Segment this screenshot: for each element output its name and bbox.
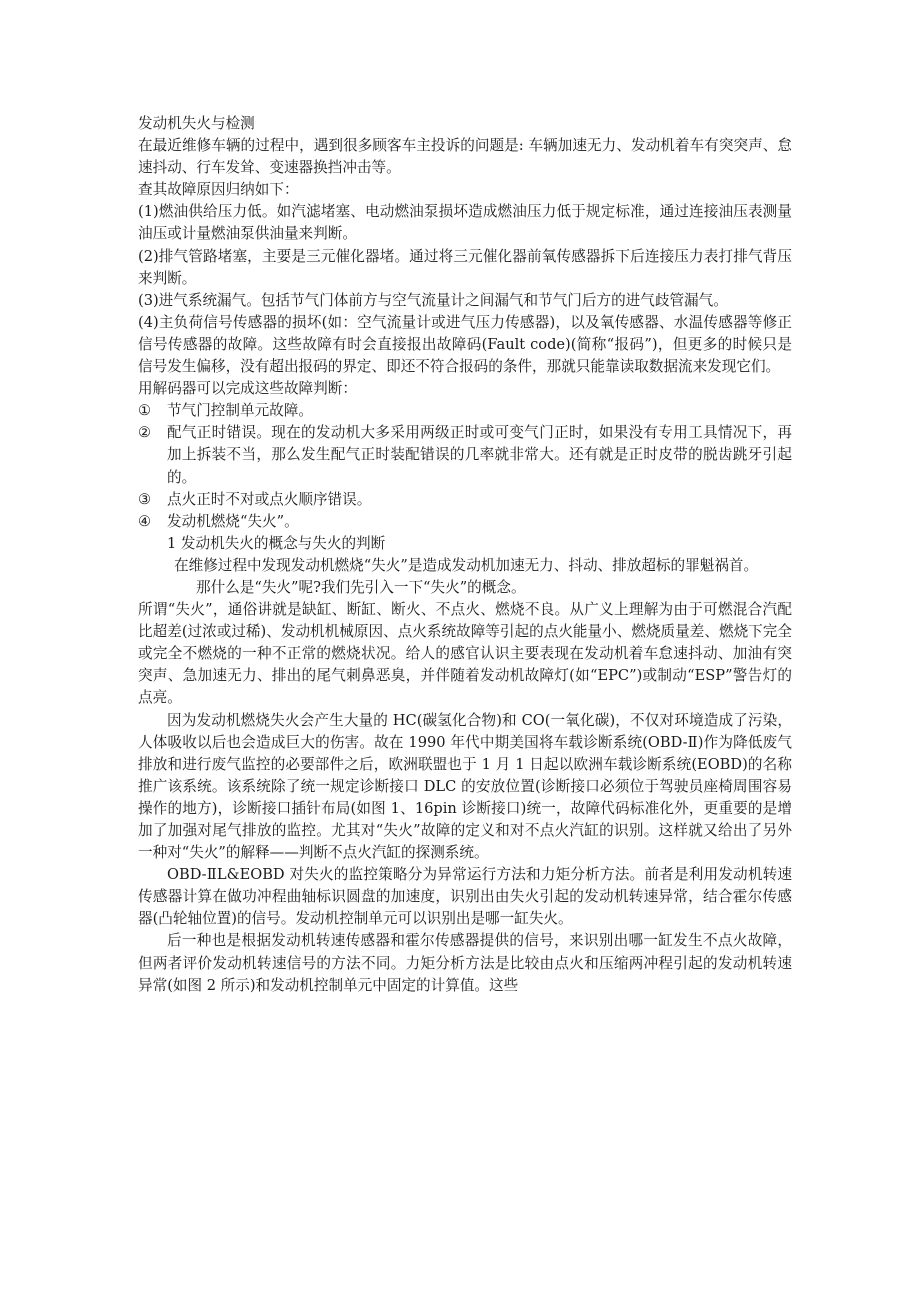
intro-paragraph: 在最近维修车辆的过程中，遇到很多顾客车主投诉的问题是: 车辆加速无力、发动机着车… xyxy=(138,135,792,179)
cause-item-4: (4)主负荷信号传感器的损坏(如：空气流量计或进气压力传感器)，以及氧传感器、水… xyxy=(138,312,792,378)
section-1-heading: 1 发动机失火的概念与失火的判断 xyxy=(138,533,792,555)
cause-item-2: (2)排气管路堵塞，主要是三元催化器堵。通过将三元催化器前氧传感器拆下后连接压力… xyxy=(138,246,792,290)
list-number: ② xyxy=(138,422,167,488)
list-text: 点火正时不对或点火顺序错误。 xyxy=(167,489,792,511)
decoder-list-item-4: ④ 发动机燃烧“失火”。 xyxy=(138,511,792,533)
section-1-paragraph-2: 那什么是“失火”呢?我们先引入一下“失火”的概念。 xyxy=(138,577,792,599)
decoder-list-item-2: ② 配气正时错误。现在的发动机大多采用两级正时或可变气门正时，如果没有专用工具情… xyxy=(138,422,792,488)
decoder-list-item-1: ① 节气门控制单元故障。 xyxy=(138,400,792,422)
list-number: ④ xyxy=(138,511,167,533)
section-1-paragraph-5: OBD-ⅡL&EOBD 对失火的监控策略分为异常运行方法和力矩分析方法。前者是利… xyxy=(138,864,792,930)
causes-heading: 查其故障原因归纳如下： xyxy=(138,179,792,201)
decoder-heading: 用解码器可以完成这些故障判断： xyxy=(138,378,792,400)
document-title: 发动机失火与检测 xyxy=(138,113,792,135)
cause-item-1: (1)燃油供给压力低。如汽滤堵塞、电动燃油泵损坏造成燃油压力低于规定标准，通过连… xyxy=(138,201,792,245)
cause-item-3: (3)进气系统漏气。包括节气门体前方与空气流量计之间漏气和节气门后方的进气歧管漏… xyxy=(138,290,792,312)
list-text: 节气门控制单元故障。 xyxy=(167,400,792,422)
list-text: 配气正时错误。现在的发动机大多采用两级正时或可变气门正时，如果没有专用工具情况下… xyxy=(167,422,792,488)
section-1-paragraph-6: 后一种也是根据发动机转速传感器和霍尔传感器提供的信号，来识别出哪一缸发生不点火故… xyxy=(138,930,792,996)
list-number: ③ xyxy=(138,489,167,511)
list-number: ① xyxy=(138,400,167,422)
section-1-paragraph-1: 在维修过程中发现发动机燃烧“失火”是造成发动机加速无力、抖动、排放超标的罪魁祸首… xyxy=(138,555,792,577)
list-text: 发动机燃烧“失火”。 xyxy=(167,511,792,533)
section-1-paragraph-4: 因为发动机燃烧失火会产生大量的 HC(碳氢化合物)和 CO(一氧化碳)，不仅对环… xyxy=(138,710,792,865)
decoder-list-item-3: ③ 点火正时不对或点火顺序错误。 xyxy=(138,489,792,511)
document-page: 发动机失火与检测 在最近维修车辆的过程中，遇到很多顾客车主投诉的问题是: 车辆加… xyxy=(138,113,792,997)
section-1-paragraph-3: 所谓“失火”，通俗讲就是缺缸、断缸、断火、不点火、燃烧不良。从广义上理解为由于可… xyxy=(138,599,792,709)
